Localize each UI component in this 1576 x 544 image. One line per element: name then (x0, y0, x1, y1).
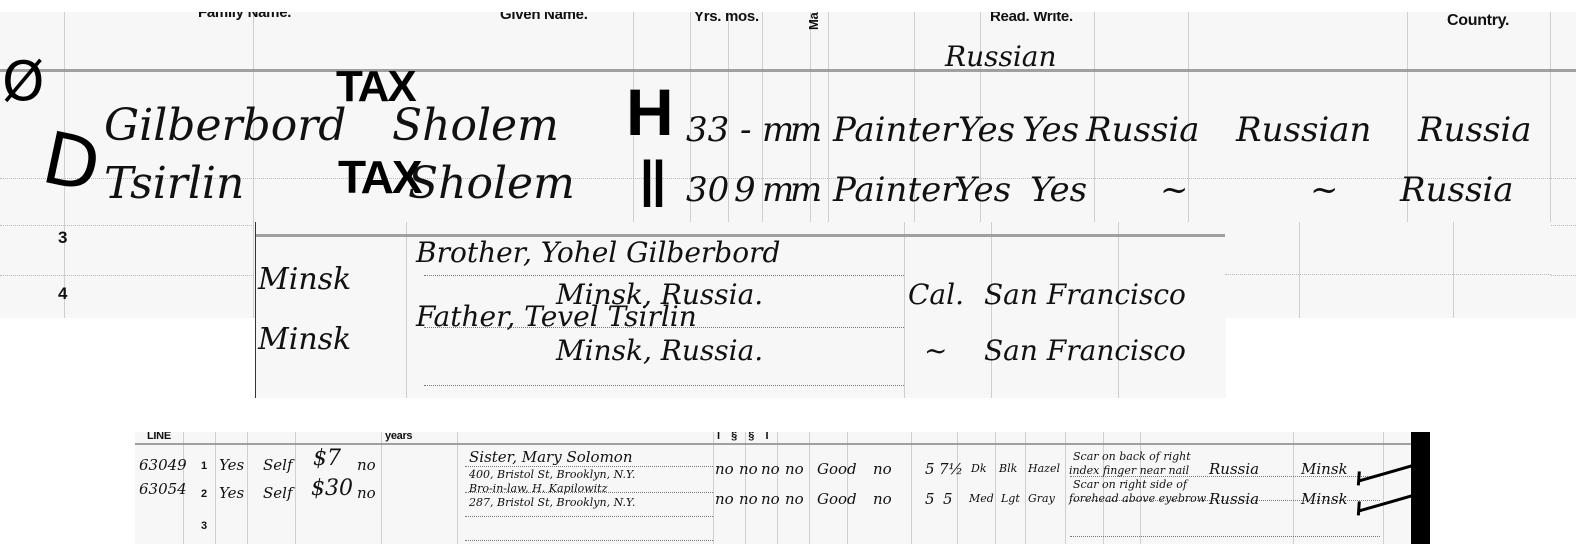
destination-city-2: San Francisco (984, 334, 1186, 367)
complexion-2: Med (969, 492, 994, 505)
nationality-2: ~ (1160, 170, 1189, 210)
money-note-2: no (357, 484, 376, 502)
sex-mark-1: H (626, 74, 672, 150)
height-ft-1: 5 (925, 460, 935, 478)
age-months-1: - (740, 110, 752, 150)
checkmark-1 (1358, 464, 1411, 482)
occupation-2: m Painter (790, 170, 957, 210)
header-age: Yrs. mos. (694, 12, 759, 25)
height-in-2: 5 (943, 490, 953, 508)
age-months-2: 9 (734, 170, 756, 210)
read-1: Yes (958, 110, 1015, 150)
marks-2a: Scar on right side of (1073, 478, 1187, 491)
manifest-bottom-section: LINE years I § § I 63049 1 Yes Self $7 n… (135, 432, 1411, 544)
birth-country-1: Russia (1209, 460, 1259, 478)
relative-name-b1: Sister, Mary Solomon (469, 448, 633, 466)
hair-1: Blk (999, 462, 1017, 475)
age-1: 33 (686, 110, 729, 150)
birth-country-2: Russia (1209, 490, 1259, 508)
destination-state-2: ~ (924, 334, 947, 367)
joining-1: Yes (219, 456, 244, 474)
line-3: 3 (201, 520, 207, 532)
hair-2: Lgt (1001, 492, 1020, 505)
header-years: years (385, 432, 412, 442)
relative-name-b2: Bro-in-law, H. Kapilowitz (469, 482, 607, 495)
marks-1b: index finger near nail (1069, 464, 1189, 477)
destination-city-1: San Francisco (984, 278, 1186, 311)
race-2: ~ (1310, 170, 1339, 210)
paid-by-1: Self (263, 456, 293, 474)
relative-address-b2: 287, Bristol St, Brooklyn, N.Y. (469, 496, 635, 509)
given-name-1: Sholem (392, 100, 559, 151)
marks-1a: Scar on back of right (1073, 450, 1191, 463)
money-1: $7 (313, 446, 341, 471)
deformed-2: no (873, 490, 892, 508)
header-country: Country. (1447, 12, 1509, 30)
sex-mark-2: || (640, 150, 664, 208)
residence-city-1: Minsk (258, 262, 351, 297)
relative-name-1: Brother, Yohel Gilberbord (416, 236, 780, 269)
line-1: 1 (201, 460, 207, 472)
manifest-middle-section: Minsk Brother, Yohel Gilberbord Minsk, R… (255, 222, 1226, 398)
answer-2a: no (715, 490, 734, 508)
answer-1b: no (739, 460, 758, 478)
birth-city-1: Minsk (1301, 460, 1348, 478)
age-2: 30 (686, 170, 729, 210)
destination-state-1: Cal. (908, 278, 964, 311)
paid-by-2: Self (263, 484, 293, 502)
height-ft-2: 5 (925, 490, 935, 508)
manifest-middle-right-blank (1225, 222, 1551, 318)
country-1: Russia (1418, 110, 1532, 150)
occupation-1: m Painter (790, 110, 957, 150)
header-given-name: Given Name. (500, 12, 588, 23)
nationality-1: Russia (1086, 110, 1200, 150)
given-name-2: Sholem (408, 158, 575, 209)
relative-name-2: Father, Tevel Tsirlin (416, 300, 697, 333)
eyes-2: Gray (1028, 492, 1055, 505)
answer-2b: no (739, 490, 758, 508)
health-2: Good (817, 490, 857, 508)
residence-city-2: Minsk (258, 322, 351, 357)
margin-mark-2: D (36, 115, 108, 209)
scan-edge-shadow (1411, 432, 1430, 544)
money-note-1: no (357, 456, 376, 474)
ticket-number-1: 63049 (139, 456, 187, 474)
margin-mark-1: Ø (2, 50, 45, 113)
write-1: Yes (1022, 110, 1079, 150)
joining-2: Yes (219, 484, 244, 502)
language-annotation: Russian (945, 40, 1057, 73)
checkmark-2 (1358, 494, 1411, 512)
marks-2b: forehead above eyebrow (1069, 492, 1206, 505)
complexion-1: Dk (971, 462, 987, 475)
header-family-name: Family Name. (198, 12, 291, 21)
family-name-1: Gilberbord (104, 100, 346, 151)
header-read-write: Read. Write. (990, 12, 1073, 25)
header-line: LINE (147, 432, 171, 442)
ticket-number-2: 63054 (139, 480, 187, 498)
header-married: Married (806, 12, 821, 30)
money-2: $30 (311, 476, 353, 501)
answer-1d: no (785, 460, 804, 478)
health-1: Good (817, 460, 857, 478)
relative-address-b1: 400, Bristol St, Brooklyn, N.Y. (469, 468, 635, 481)
read-2: Yes (954, 170, 1011, 210)
deformed-1: no (873, 460, 892, 478)
birth-city-2: Minsk (1301, 490, 1348, 508)
answer-2c: no (761, 490, 780, 508)
race-1: Russian (1236, 110, 1371, 150)
answer-1c: no (761, 460, 780, 478)
line-2: 2 (201, 488, 207, 500)
answer-1a: no (715, 460, 734, 478)
write-2: Yes (1030, 170, 1087, 210)
header-flags: I § § I (717, 432, 773, 442)
country-2: Russia (1400, 170, 1514, 210)
relative-address-2: Minsk, Russia. (556, 334, 763, 367)
line-number-4: 4 (58, 284, 67, 304)
eyes-1: Hazel (1028, 462, 1060, 475)
family-name-2: Tsirlin (104, 158, 244, 209)
answer-2d: no (785, 490, 804, 508)
line-number-3: 3 (58, 228, 67, 248)
height-in-1: 7½ (939, 460, 963, 478)
